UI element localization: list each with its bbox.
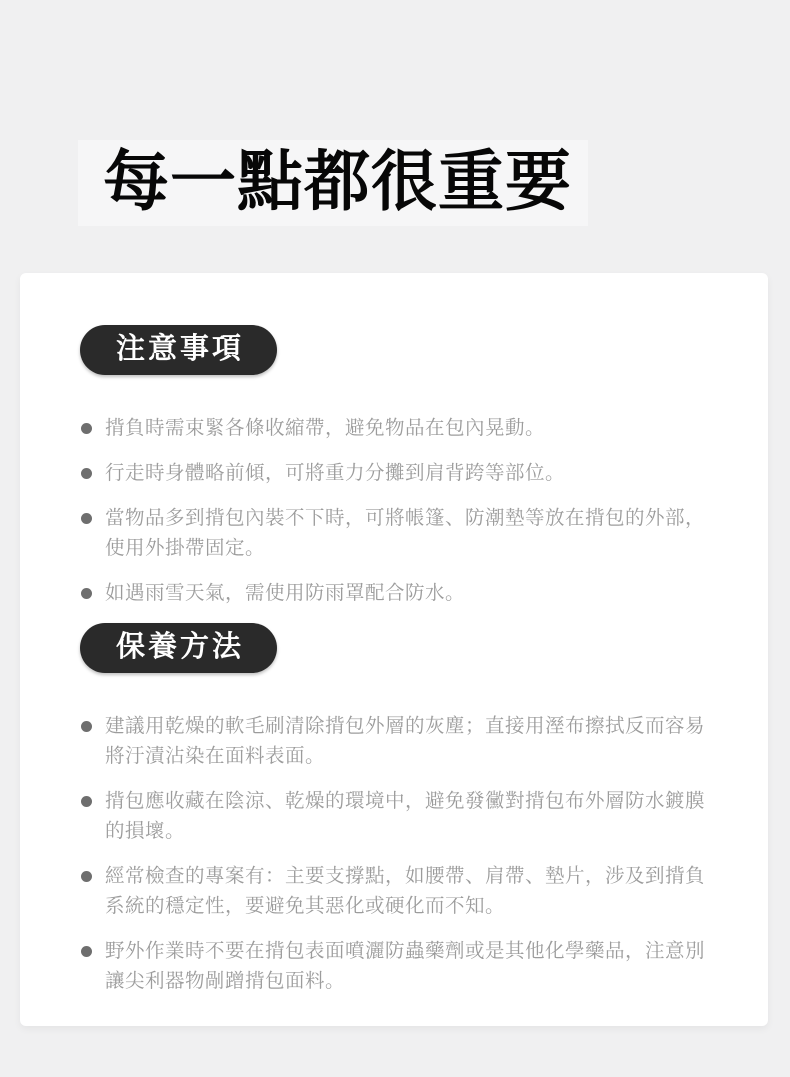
list-item: 行走時身體略前傾，可將重力分攤到肩背跨等部位。 [80, 458, 713, 488]
list-item-text: 行走時身體略前傾，可將重力分攤到肩背跨等部位。 [105, 458, 565, 488]
list-item-text: 揹負時需束緊各條收縮帶，避免物品在包內晃動。 [105, 413, 545, 443]
list-item: 揹負時需束緊各條收縮帶，避免物品在包內晃動。 [80, 413, 713, 443]
bullet-icon [81, 468, 92, 479]
bullet-icon [81, 721, 92, 732]
list-item: 建議用乾燥的軟毛刷清除揹包外層的灰塵；直接用溼布擦拭反而容易將汙漬沾染在面料表面… [80, 711, 713, 771]
bullet-icon [81, 871, 92, 882]
list-item: 經常檢查的專案有：主要支撐點，如腰帶、肩帶、墊片，涉及到揹負系統的穩定性，要避免… [80, 861, 713, 921]
bullet-icon [81, 513, 92, 524]
section-header-care: 保養方法 [80, 623, 713, 673]
list-item: 當物品多到揹包內裝不下時，可將帳篷、防潮墊等放在揹包的外部，使用外掛帶固定。 [80, 503, 713, 563]
bullet-icon [81, 796, 92, 807]
list-item: 揹包應收藏在陰涼、乾燥的環境中，避免發黴對揹包布外層防水鍍膜的損壞。 [80, 786, 713, 846]
content-card: 注意事項 揹負時需束緊各條收縮帶，避免物品在包內晃動。 行走時身體略前傾，可將重… [20, 273, 768, 1026]
bullet-icon [81, 946, 92, 957]
notices-list: 揹負時需束緊各條收縮帶，避免物品在包內晃動。 行走時身體略前傾，可將重力分攤到肩… [80, 413, 713, 608]
list-item-text: 揹包應收藏在陰涼、乾燥的環境中，避免發黴對揹包布外層防水鍍膜的損壞。 [105, 786, 713, 846]
notices-badge: 注意事項 [80, 325, 277, 375]
bullet-icon [81, 588, 92, 599]
list-item: 野外作業時不要在揹包表面噴灑防蟲藥劑或是其他化學藥品，注意別讓尖利器物剮蹭揹包面… [80, 936, 713, 996]
page-title: 每一點都很重要 [78, 140, 588, 226]
bullet-icon [81, 423, 92, 434]
list-item-text: 當物品多到揹包內裝不下時，可將帳篷、防潮墊等放在揹包的外部，使用外掛帶固定。 [105, 503, 713, 563]
list-item-text: 經常檢查的專案有：主要支撐點，如腰帶、肩帶、墊片，涉及到揹負系統的穩定性，要避免… [105, 861, 713, 921]
list-item-text: 建議用乾燥的軟毛刷清除揹包外層的灰塵；直接用溼布擦拭反而容易將汙漬沾染在面料表面… [105, 711, 713, 771]
section-header-notices: 注意事項 [80, 325, 713, 375]
list-item: 如遇雨雪天氣，需使用防雨罩配合防水。 [80, 578, 713, 608]
care-list: 建議用乾燥的軟毛刷清除揹包外層的灰塵；直接用溼布擦拭反而容易將汙漬沾染在面料表面… [80, 711, 713, 996]
page: 每一點都很重要 注意事項 揹負時需束緊各條收縮帶，避免物品在包內晃動。 行走時身… [0, 0, 790, 1077]
list-item-text: 如遇雨雪天氣，需使用防雨罩配合防水。 [105, 578, 465, 608]
list-item-text: 野外作業時不要在揹包表面噴灑防蟲藥劑或是其他化學藥品，注意別讓尖利器物剮蹭揹包面… [105, 936, 713, 996]
care-badge: 保養方法 [80, 623, 277, 673]
